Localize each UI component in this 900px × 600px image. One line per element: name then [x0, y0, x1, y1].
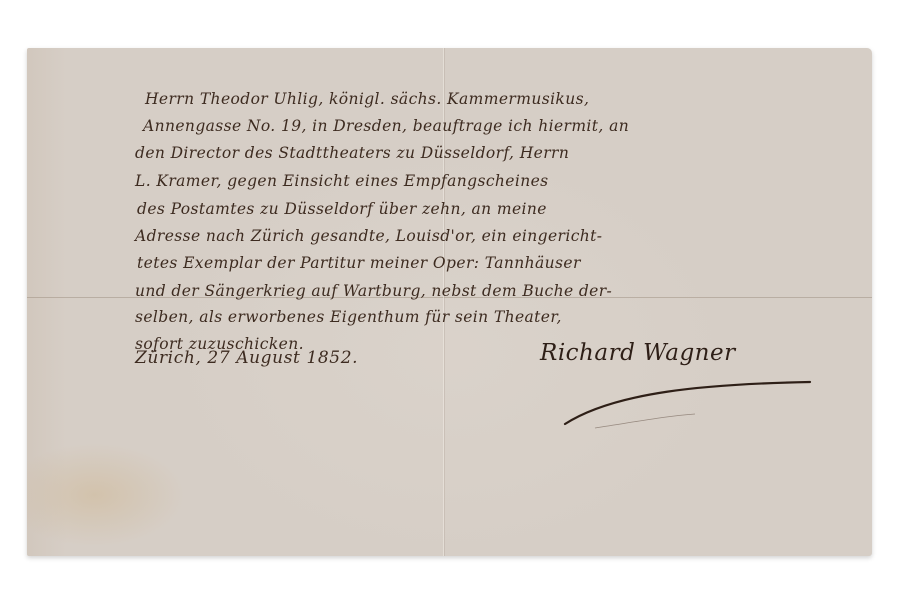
signature-flourish-icon	[555, 372, 815, 432]
letter-line: Herrn Theodor Uhlig, königl. sächs. Kamm…	[145, 90, 589, 108]
letter-line: und der Sängerkrieg auf Wartburg, nebst …	[135, 282, 612, 300]
letter-line: Annengasse No. 19, in Dresden, beauftrag…	[143, 117, 629, 135]
letter-line: tetes Exemplar der Partitur meiner Oper:…	[137, 254, 581, 272]
letter-date: Zürich, 27 August 1852.	[135, 348, 358, 368]
letter-line: L. Kramer, gegen Einsicht eines Empfangs…	[135, 172, 549, 190]
letter-line: Adresse nach Zürich gesandte, Louisd'or,…	[135, 227, 602, 245]
signature: Richard Wagner	[540, 340, 736, 366]
letter-line: des Postamtes zu Düsseldorf über zehn, a…	[137, 200, 547, 218]
letter-line: selben, als erworbenes Eigenthum für sei…	[135, 308, 562, 326]
letter-line: den Director des Stadttheaters zu Düssel…	[135, 144, 569, 162]
